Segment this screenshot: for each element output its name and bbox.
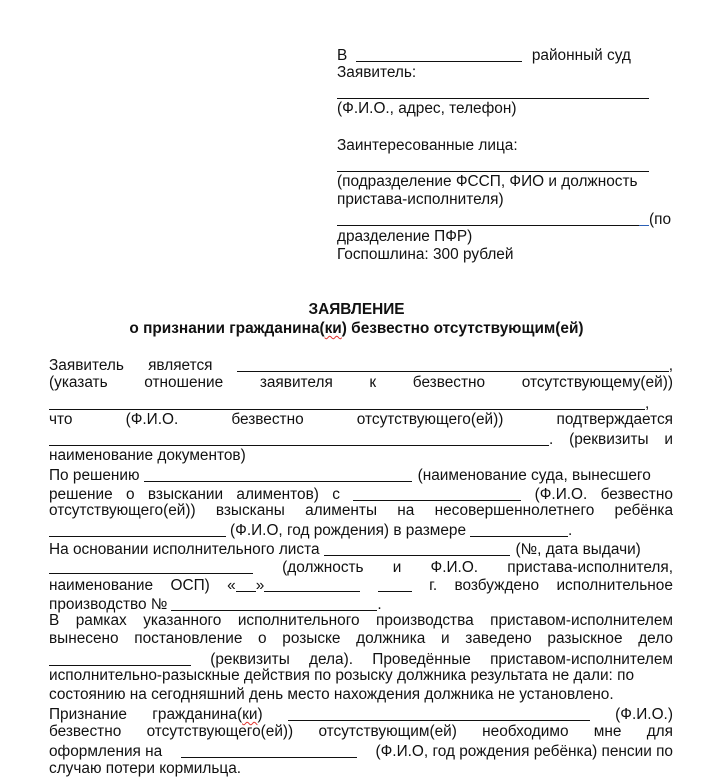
word: безвестно [413,374,485,392]
word: несовершеннолетнего [435,502,595,520]
quote-open: « [227,577,236,595]
word: В [49,612,59,630]
p3-line4: производство № . [49,594,673,612]
word: о [258,630,267,648]
word: вынесено [49,630,119,648]
court-name-blank[interactable] [356,47,522,62]
word: наименование [49,577,153,595]
word: и [441,630,450,648]
text: (Ф.И.О.) [615,706,673,724]
pension-child-blank[interactable] [181,743,357,758]
word: исполнительное [556,577,672,595]
word: ребёнка [615,502,673,520]
absentee-blank[interactable] [288,706,590,721]
p3-line3: наименование ОСП) «» г. возбуждено испол… [49,575,673,593]
state-fee: Госпошлина: 300 рублей [337,246,513,264]
p1-line2: (указать отношение заявителя к безвестно… [49,374,673,392]
word: необходимо [482,723,568,741]
subtitle-part2: ) безвестно отсутствующим(ей) [342,320,584,337]
p1-line1: Заявитель является , [49,355,673,373]
word: отсутствующего(ей)) [357,411,504,429]
fssp-blank[interactable] [337,171,649,172]
subtitle-spell-flag: ки [325,320,342,337]
word: подтверждается [557,411,674,429]
word: (указать [49,374,108,392]
pfr-hint-start: (по [649,211,671,228]
word: ОСП) [170,577,209,595]
document-page: В районный суд Заявитель: (Ф.И.О., адрес… [0,0,713,784]
p4-line5: состоянию на сегодняшний день место нахо… [49,686,673,704]
applicant-label: Заявитель: [337,64,416,82]
word: безвестно [231,411,303,429]
text: (наименование суда, вынесшего [418,467,651,485]
writ-blank[interactable] [324,541,510,556]
p1-line6: наименование документов) [49,447,673,465]
text: оформления на [49,743,162,761]
word: Заявитель [49,357,124,375]
alimony-amount-blank[interactable] [470,522,568,537]
word: отсутствующему(ей)) [522,374,673,392]
word: алименты [305,502,377,520]
word: отношение [144,374,223,392]
p4-line3: (реквизиты дела). Проведённые приставом-… [49,649,673,667]
court-line: В районный суд [337,45,631,63]
text: гражданина( [152,706,242,723]
word: г. [429,577,437,595]
p1-line3: , [49,393,673,411]
pfr-line: (по [337,209,671,227]
p3-line1: На основании исполнительного листа (№, д… [49,539,673,557]
subtitle-part1: о признании гражданина( [129,320,324,337]
word: Признание [49,706,127,724]
word: приставом-исполнителем [490,612,673,630]
fssp-hint-line1: (подразделение ФССП, ФИО и должность [337,173,638,191]
word: отсутствующего(ей)) [147,723,294,741]
word: указанного [143,612,221,630]
search-case-blank[interactable] [49,651,191,666]
court-prefix: В [337,47,347,64]
word: заведено [465,630,531,648]
word: розыске [282,630,340,648]
court-decision-blank[interactable] [144,467,412,482]
quote-close: » [256,577,265,595]
pfr-hint-end: дразделение ПФР) [337,228,472,246]
p1-line5: . (реквизиты и [49,429,673,447]
p4-line1: В рамках указанного исполнительного прои… [49,612,673,630]
case-number-blank[interactable] [171,596,377,611]
p5-line2: безвестно отсутствующего(ей)) отсутствую… [49,723,673,741]
applicant-blank[interactable] [337,98,649,99]
word: возбуждено [455,577,540,595]
word: взысканы [216,502,285,520]
word: исполнительного [238,612,360,630]
word: отсутствующего(ей)) [49,502,196,520]
word: является [148,357,212,375]
p3-line2: (должность и Ф.И.О. пристава-исполнителя… [49,557,673,575]
word-with-spellflag: гражданина(ки) [152,706,262,724]
p4-line2: вынесено постановление о розыске должник… [49,630,673,648]
blue-mark [639,211,649,226]
word: должника [356,630,425,648]
document-subtitle: о признании гражданина(ки) безвестно отс… [0,319,713,338]
applicant-hint: (Ф.И.О., адрес, телефон) [337,100,516,118]
p5-line1: Признание гражданина(ки) (Ф.И.О.) [49,704,673,722]
word: что [49,411,72,429]
comma: , [669,357,673,375]
year-blank[interactable] [378,577,412,592]
p1-line4: что (Ф.И.О. безвестно отсутствующего(ей)… [49,411,673,429]
word: производства [376,612,474,630]
word: (Ф.И.О. [126,411,179,429]
word: разыскное [547,630,622,648]
word: отсутствующим(ей) [318,723,456,741]
text: ) [257,706,262,723]
word: для [647,723,673,741]
period: . [568,522,572,540]
p2-line3: отсутствующего(ей)) взысканы алименты на… [49,502,673,520]
word: безвестно [49,723,121,741]
text: (Ф.И.О, год рождения ребёнка) пенсии по [375,743,673,761]
fssp-hint-line2: пристава-исполнителя) [337,191,504,209]
spell-flag: ки [242,706,257,723]
child-name-blank[interactable] [49,522,226,537]
word: дело [638,630,673,648]
word: заявителя [260,374,333,392]
pfr-blank[interactable] [337,211,639,226]
word: рамках [76,612,127,630]
debtor-name-blank[interactable] [353,486,521,501]
bailiff-blank[interactable] [49,559,253,574]
word: к [369,374,376,392]
word: постановление [134,630,242,648]
p2-line4: (Ф.И.О, год рождения) в размере . [49,520,673,538]
month-blank[interactable] [264,577,360,592]
document-title: ЗАЯВЛЕНИЕ [0,300,713,319]
p2-line2: решение о взыскании алиментов) с (Ф.И.О.… [49,484,673,502]
relation-blank[interactable] [237,357,669,372]
p2-line1: По решению (наименование суда, вынесшего [49,465,673,483]
documents-blank[interactable] [49,431,549,446]
interested-label: Заинтересованные лица: [337,137,518,155]
text: (Ф.И.О, год рождения) в размере [230,522,466,540]
absentee-name-blank[interactable] [49,395,645,410]
word: на [397,502,414,520]
day-blank[interactable] [236,577,256,592]
p5-line3: оформления на (Ф.И.О, год рождения ребён… [49,741,673,759]
text: По решению [49,467,140,485]
p5-line4: случаю потери кормильца. [49,760,673,778]
word: мне [594,723,622,741]
court-suffix: районный суд [532,47,631,64]
p4-line4: исполнительно-разыскные действия по розы… [49,667,673,685]
